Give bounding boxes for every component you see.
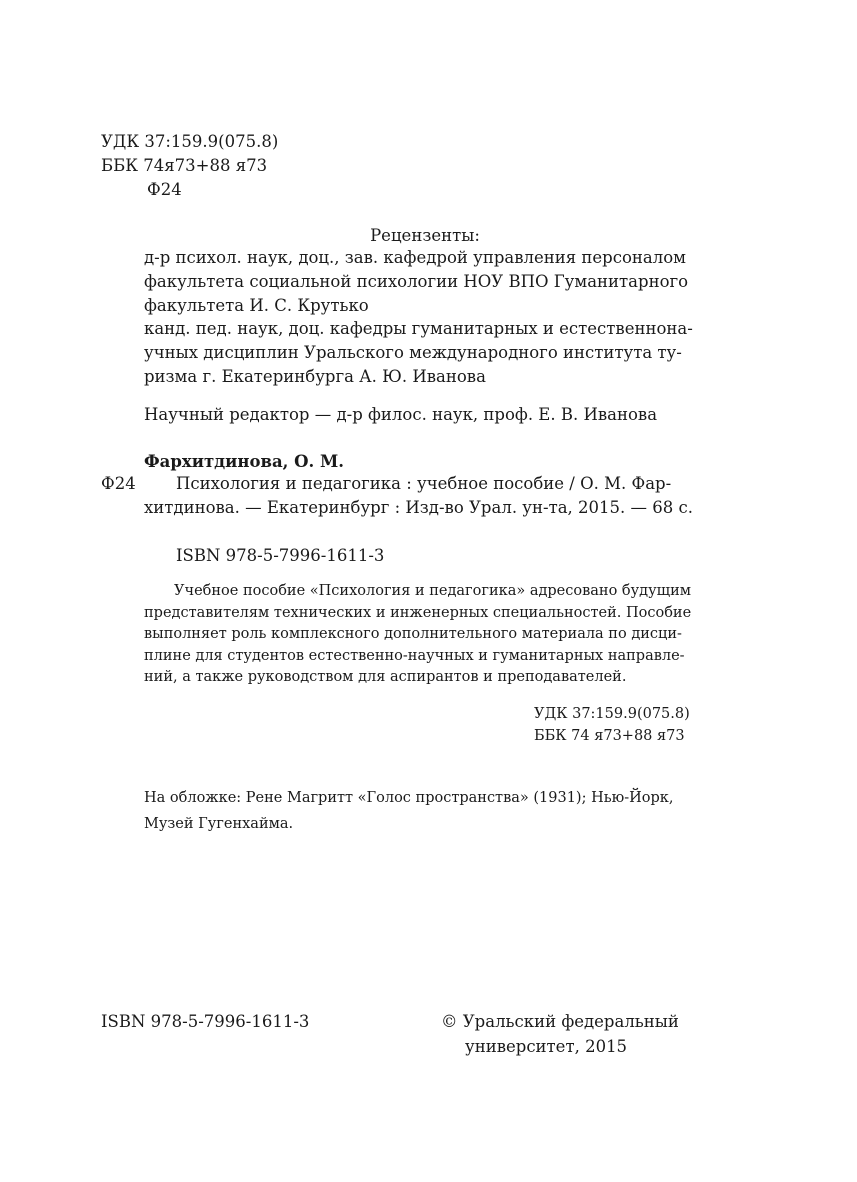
annotation-line: выполняет роль комплексного дополнительн…	[144, 623, 704, 645]
cover-note: На обложке: Рене Магритт «Голос простран…	[144, 787, 673, 839]
bibliographic-description: Психология и педагогика : учебное пособи…	[176, 473, 693, 521]
annotation-line: ний, а также руководством для аспирантов…	[144, 666, 704, 688]
copyright-line: © Уральский федеральный	[441, 1011, 679, 1036]
reviewer-line: ризма г. Екатеринбурга А. Ю. Иванова	[144, 366, 704, 390]
reviewer-line: факультета И. С. Крутько	[144, 295, 704, 319]
copyright-notice: © Уральский федеральный университет, 201…	[441, 1011, 679, 1061]
reviewer-line: д-р психол. наук, доц., зав. кафедрой уп…	[144, 247, 704, 271]
biblio-line: Психология и педагогика : учебное пособи…	[176, 473, 693, 497]
scientific-editor: Научный редактор — д-р филос. наук, проф…	[144, 404, 657, 426]
footer-classification-codes: УДК 37:159.9(075.8) ББК 74 я73+88 я73	[534, 703, 690, 746]
annotation-line: представителям технических и инженерных …	[144, 602, 704, 624]
bbk-code: ББК 74я73+88 я73	[101, 155, 278, 179]
udk-code: УДК 37:159.9(075.8)	[534, 703, 690, 725]
reviewers-heading: Рецензенты:	[130, 225, 720, 247]
reviewer-2: канд. пед. наук, доц. кафедры гуманитарн…	[144, 318, 704, 390]
cover-line: Музей Гугенхайма.	[144, 813, 673, 839]
reviewer-line: факультета социальной психологии НОУ ВПО…	[144, 271, 704, 295]
catalog-isbn: ISBN 978-5-7996-1611-3	[176, 545, 384, 567]
author-mark: Ф24	[101, 179, 278, 203]
copyright-line: университет, 2015	[441, 1036, 679, 1061]
reviewer-line: учных дисциплин Уральского международног…	[144, 342, 704, 366]
catalog-code: Ф24	[101, 473, 136, 495]
annotation-line: плине для студентов естественно-научных …	[144, 645, 704, 667]
biblio-line: хитдинова. — Екатеринбург : Изд-во Урал.…	[144, 497, 693, 521]
reviewer-line: канд. пед. наук, доц. кафедры гуманитарн…	[144, 318, 704, 342]
annotation: Учебное пособие «Психология и педагогика…	[144, 580, 704, 688]
header-classification-codes: УДК 37:159.9(075.8) ББК 74я73+88 я73 Ф24	[101, 131, 278, 203]
udk-code: УДК 37:159.9(075.8)	[101, 131, 278, 155]
imprint-isbn: ISBN 978-5-7996-1611-3	[101, 1011, 309, 1033]
cover-line: На обложке: Рене Магритт «Голос простран…	[144, 787, 673, 813]
bbk-code: ББК 74 я73+88 я73	[534, 725, 690, 747]
reviewer-1: д-р психол. наук, доц., зав. кафедрой уп…	[144, 247, 704, 319]
catalog-author: Фархитдинова, О. М.	[144, 451, 344, 473]
annotation-line: Учебное пособие «Психология и педагогика…	[144, 580, 704, 602]
